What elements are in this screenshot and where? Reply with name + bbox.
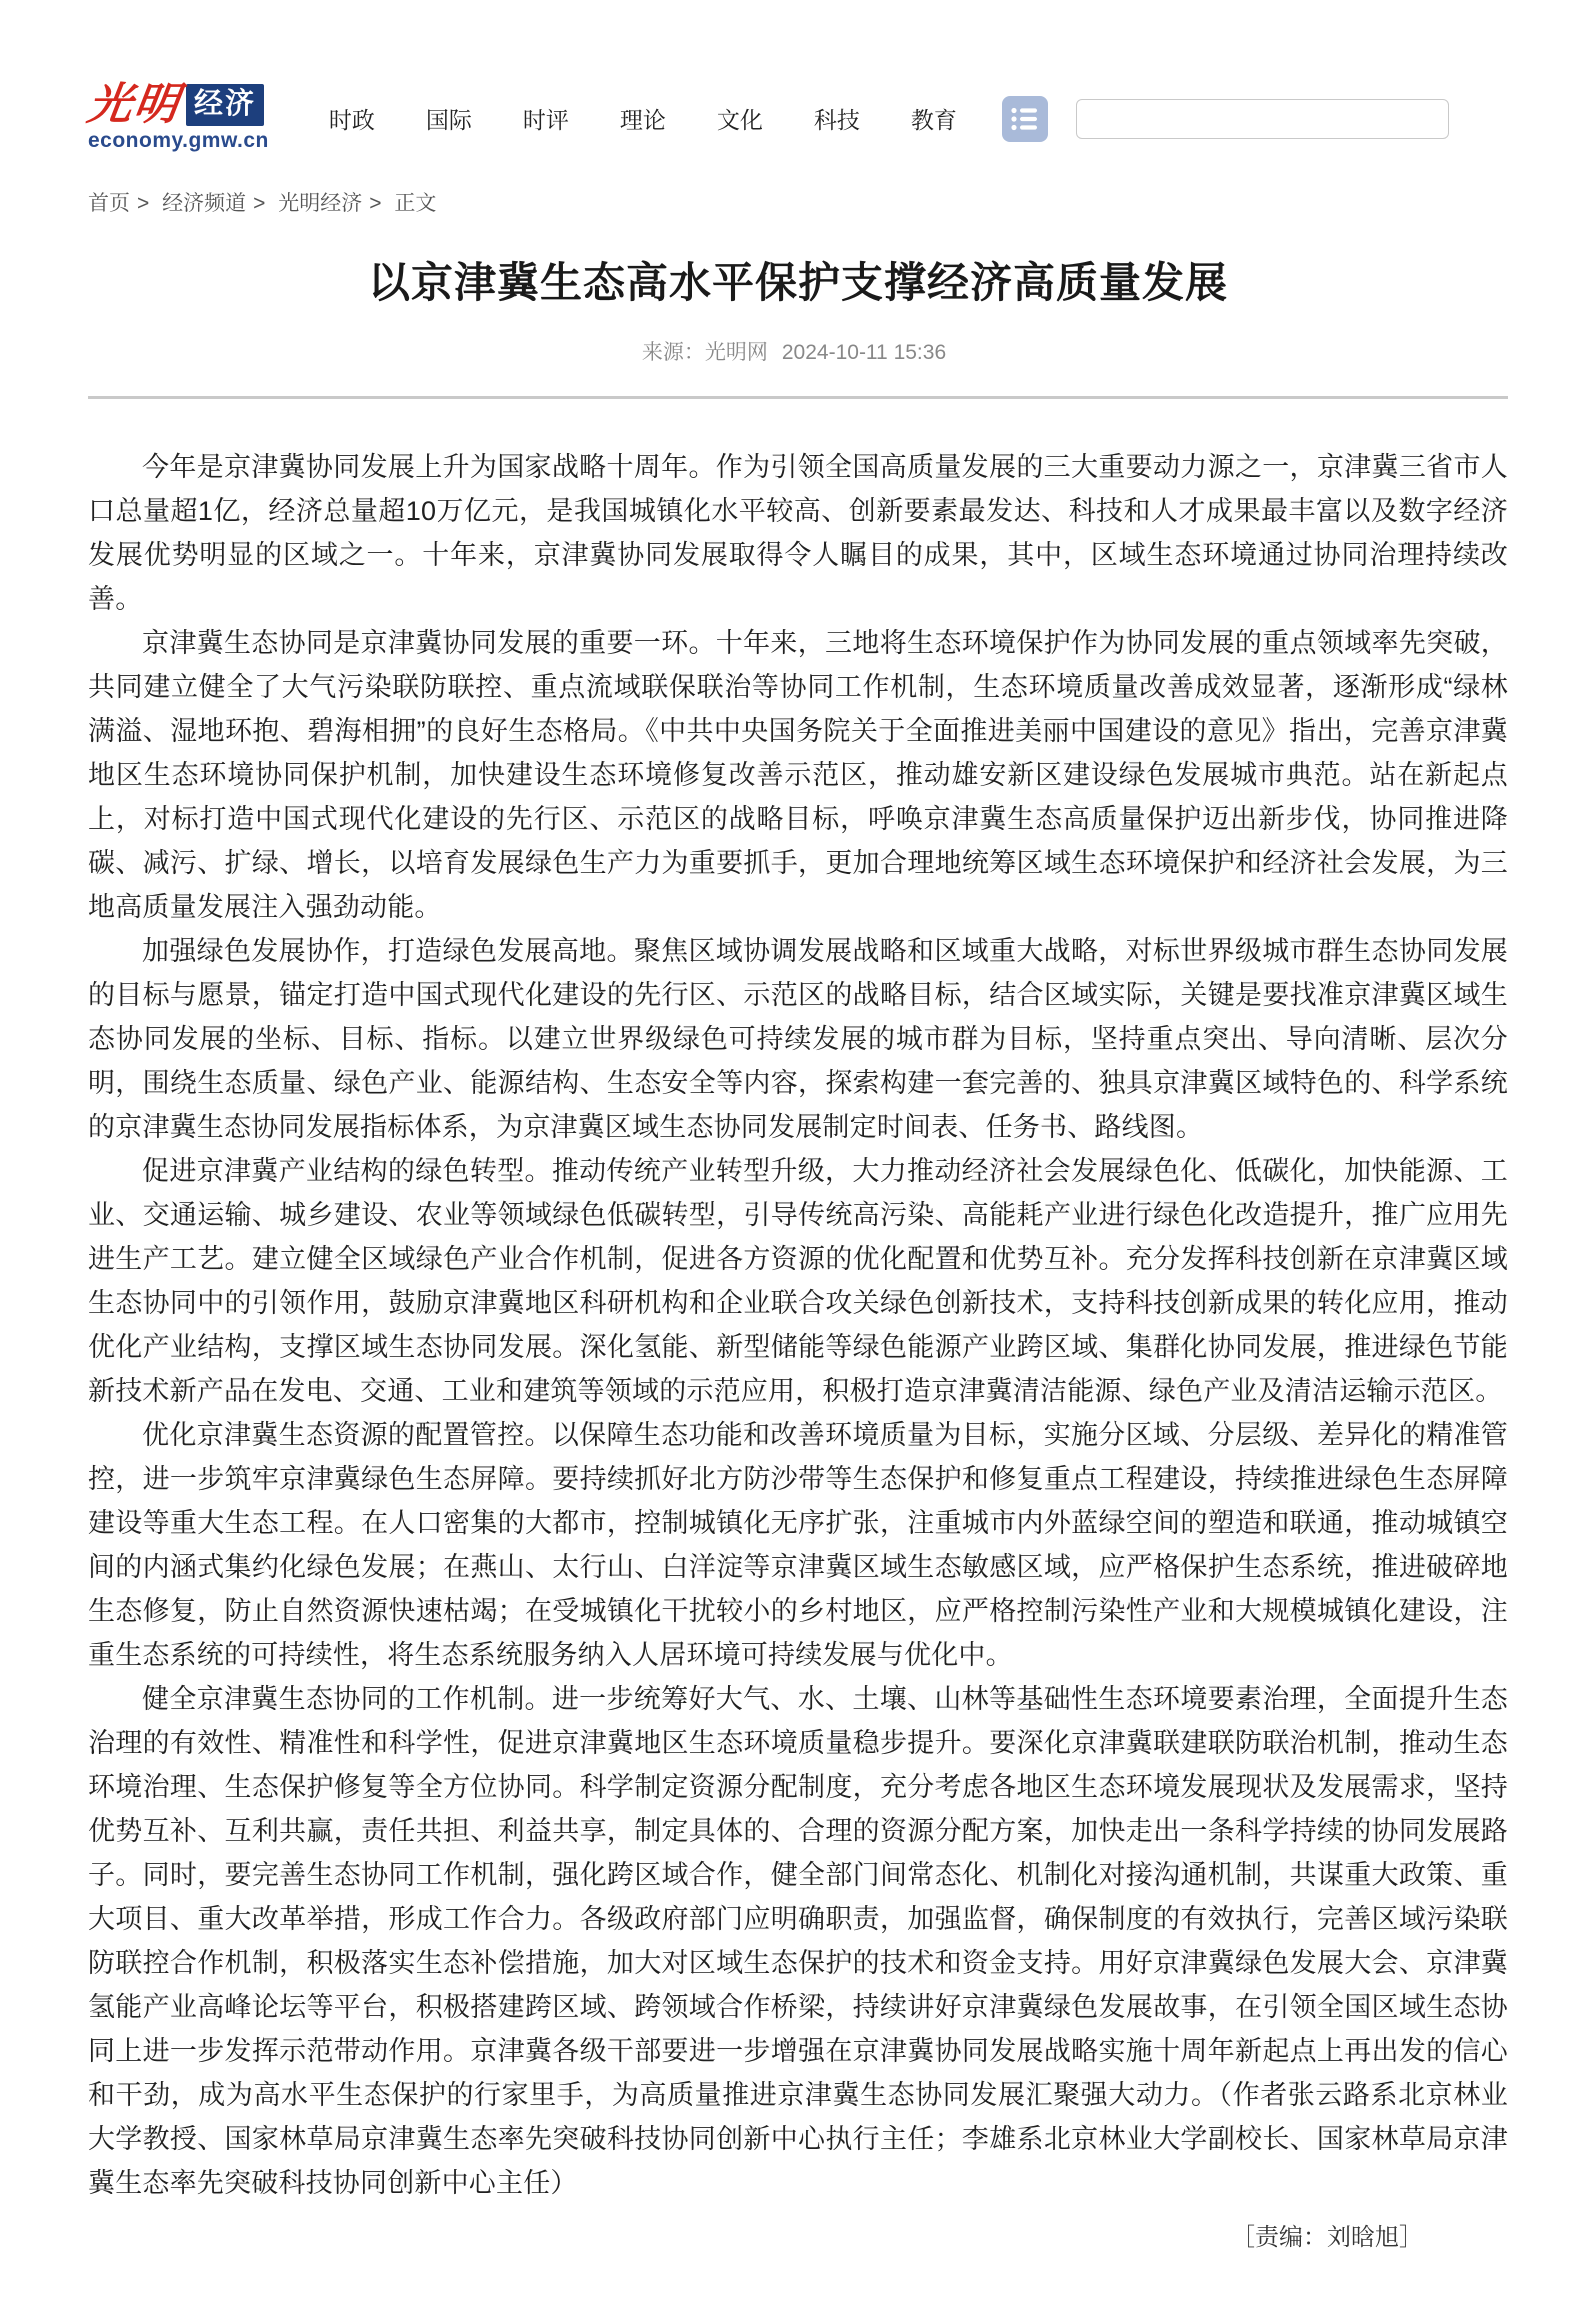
breadcrumb: 首页> 经济频道> 光明经济> 正文 (0, 187, 1588, 217)
source-label[interactable]: 来源：光明网 (642, 341, 768, 364)
menu-list-icon[interactable] (1002, 96, 1048, 142)
gmw-logo-script: 光明 (85, 85, 183, 125)
breadcrumb-separator: > (369, 192, 381, 215)
publish-time: 2024-10-11 15:36 (782, 341, 946, 364)
site-logo[interactable]: 光明 经济 economy.gmw.cn (88, 84, 269, 153)
site-domain-text: economy.gmw.cn (88, 129, 269, 153)
search-input[interactable] (1076, 99, 1449, 139)
breadcrumb-separator: > (253, 192, 265, 215)
article-paragraph: 健全京津冀生态协同的工作机制。进一步统筹好大气、水、土壤、山林等基础性生态环境要… (88, 1677, 1508, 2205)
economy-badge: 经济 (186, 84, 264, 126)
title-divider (88, 396, 1508, 399)
article-paragraph: 优化京津冀生态资源的配置管控。以保障生态功能和改善环境质量为目标，实施分区域、分… (88, 1413, 1508, 1677)
article-body: 今年是京津冀协同发展上升为国家战略十周年。作为引领全国高质量发展的三大重要动力源… (88, 445, 1508, 2205)
breadcrumb-section[interactable]: 光明经济 (278, 192, 362, 215)
page: 光明 经济 economy.gmw.cn 时政 国际 时评 理论 文化 科技 教… (0, 0, 1588, 2324)
main-nav: 时政 国际 时评 理论 文化 科技 教育 (329, 102, 957, 135)
breadcrumb-separator: > (137, 192, 149, 215)
editor-note: ［责编：刘晗旭］ (0, 2217, 1588, 2300)
article-paragraph: 今年是京津冀协同发展上升为国家战略十周年。作为引领全国高质量发展的三大重要动力源… (88, 445, 1508, 621)
breadcrumb-channel[interactable]: 经济频道 (162, 192, 246, 215)
article-title: 以京津冀生态高水平保护支撑经济高质量发展 (88, 257, 1508, 310)
nav-item-international[interactable]: 国际 (426, 102, 472, 135)
nav-item-culture[interactable]: 文化 (717, 102, 763, 135)
nav-item-theory[interactable]: 理论 (620, 102, 666, 135)
article-paragraph: 京津冀生态协同是京津冀协同发展的重要一环。十年来，三地将生态环境保护作为协同发展… (88, 621, 1508, 929)
site-header: 光明 经济 economy.gmw.cn 时政 国际 时评 理论 文化 科技 教… (0, 0, 1588, 153)
nav-item-tech[interactable]: 科技 (814, 102, 860, 135)
breadcrumb-current: 正文 (394, 192, 436, 215)
source-line: 来源：光明网2024-10-11 15:36 (0, 336, 1588, 366)
site-logo-top: 光明 经济 (88, 84, 264, 126)
nav-item-education[interactable]: 教育 (911, 102, 957, 135)
breadcrumb-home[interactable]: 首页 (88, 192, 130, 215)
nav-item-commentary[interactable]: 时评 (523, 102, 569, 135)
article-paragraph: 加强绿色发展协作，打造绿色发展高地。聚焦区域协调发展战略和区域重大战略，对标世界… (88, 929, 1508, 1149)
nav-item-politics[interactable]: 时政 (329, 102, 375, 135)
article-paragraph: 促进京津冀产业结构的绿色转型。推动传统产业转型升级，大力推动经济社会发展绿色化、… (88, 1149, 1508, 1413)
